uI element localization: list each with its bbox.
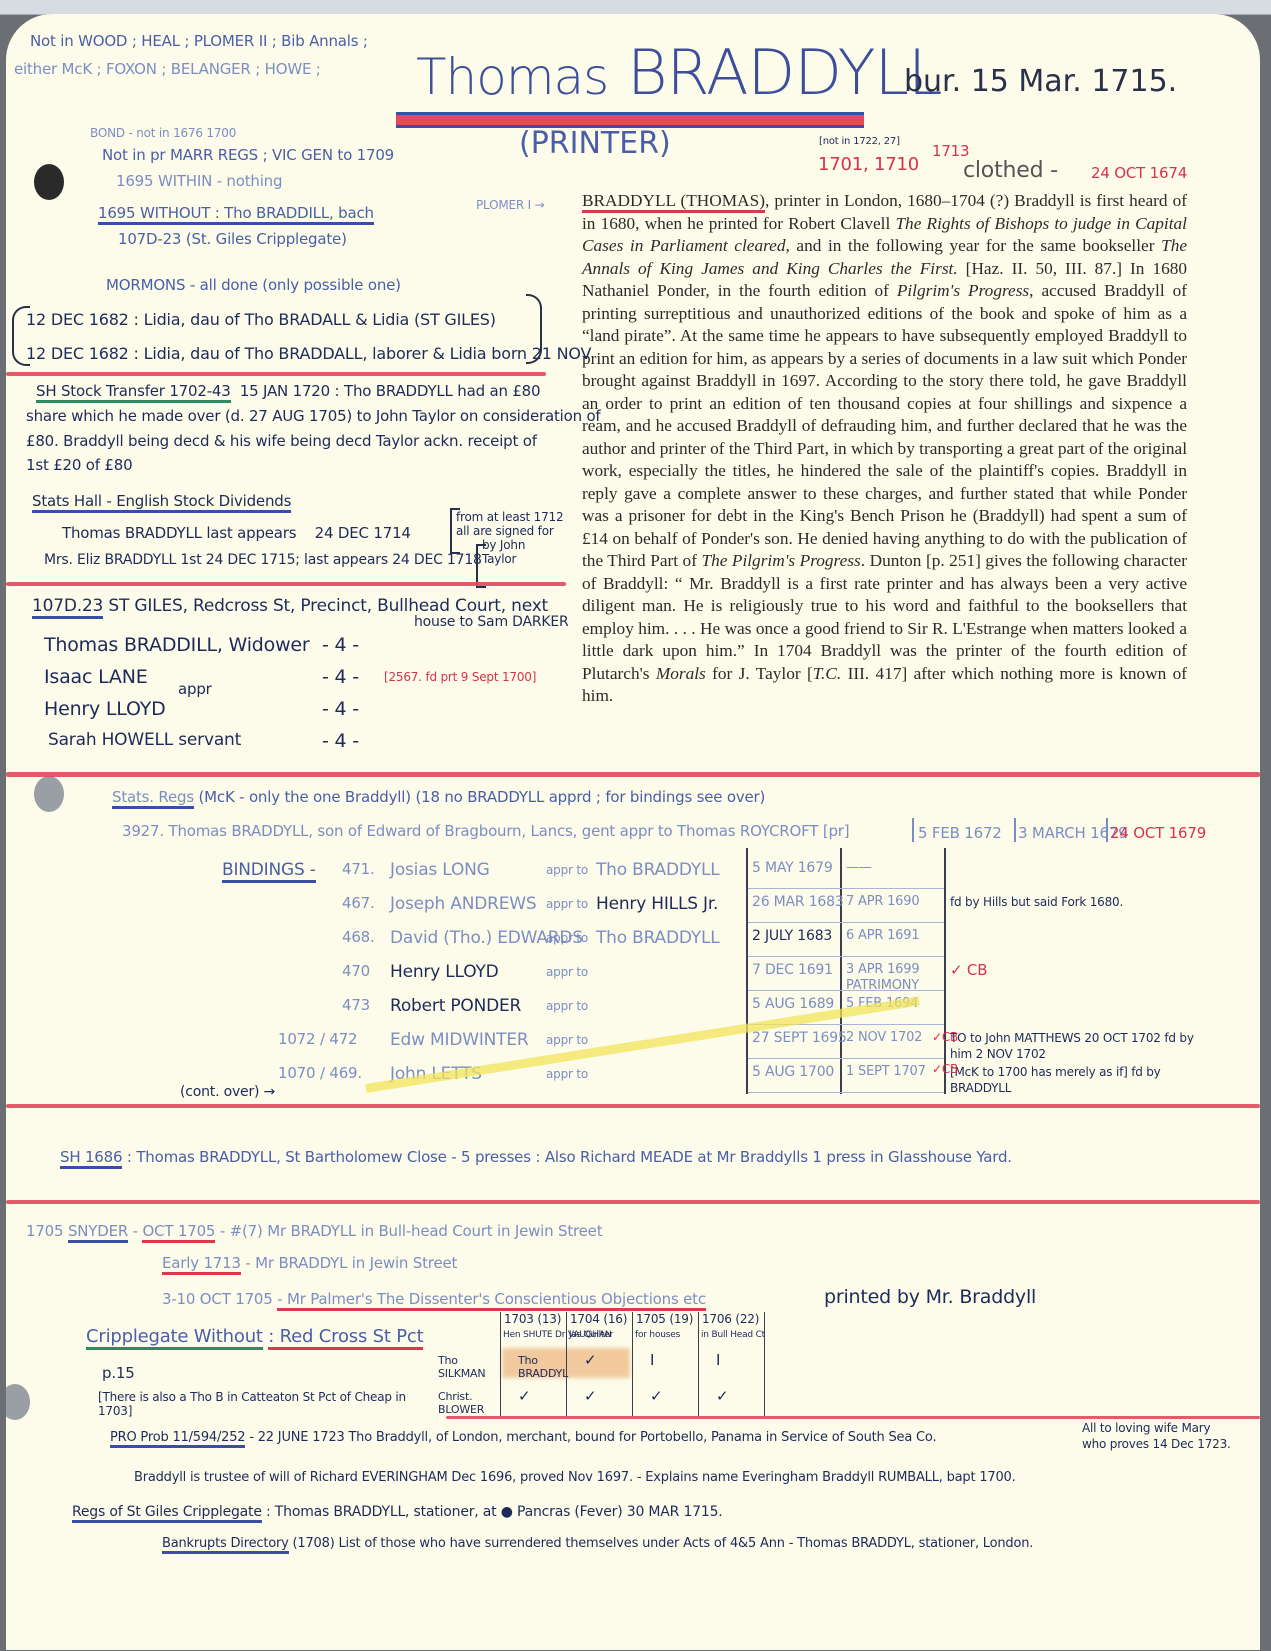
- lane-note: [2567. fd prt 9 Sept 1700]: [384, 670, 536, 684]
- entry-title: Morals: [656, 664, 706, 683]
- mormon-entry: 12 DEC 1682 : Lidia, dau of Tho BRADALL …: [26, 310, 496, 329]
- snyder-year: 1705: [26, 1222, 63, 1240]
- binding-apprentice: Robert PONDER: [390, 996, 521, 1016]
- table-divider: [944, 848, 946, 1094]
- binding-appr-label: appr to: [546, 999, 588, 1013]
- tax-column-subhead: in Bull Head Ct: [701, 1330, 765, 1340]
- binding-note: fd by Hills but said Fork 1680.: [950, 894, 1198, 910]
- bond-note: BOND - not in 1676 1700: [90, 126, 236, 140]
- binding-bound-date: 7 DEC 1691: [752, 962, 833, 978]
- marr-regs-note: Not in pr MARR REGS ; VIC GEN to 1709: [102, 146, 394, 164]
- title-surname: BRADDYLL: [627, 36, 942, 109]
- appr-label: appr: [178, 680, 212, 698]
- tax-row-label: Tho SILKMAN: [438, 1354, 498, 1380]
- title-first-name: Thomas: [416, 48, 608, 106]
- apprenticeship-clothed: 24 OCT 1679: [1110, 824, 1206, 842]
- binding-number: 467.: [342, 894, 375, 912]
- tax-cell: I: [716, 1354, 766, 1367]
- stock-transfer-text: share which he made over (d. 27 AUG 1705…: [26, 407, 601, 425]
- census-text2: house to Sam DARKER: [414, 614, 569, 630]
- binding-bound-date: 26 MAR 1683: [752, 894, 844, 910]
- tax-column-header: 1704 (16): [570, 1312, 627, 1326]
- stats-regs-note: (McK - only the one Braddyll) (18 no BRA…: [199, 788, 766, 806]
- row-rule: [748, 922, 944, 923]
- cb-mark: ✓CB: [932, 1030, 958, 1044]
- binding-number: 1072 / 472: [278, 1030, 357, 1048]
- tax-row-label: Christ. BLOWER: [438, 1390, 498, 1416]
- binding-master: Tho BRADDYLL: [596, 860, 720, 880]
- row-rule: [748, 1092, 944, 1093]
- plomer-ref: PLOMER I →: [476, 198, 544, 212]
- snyder-text: - Mr Palmer's The Dissenter's Conscienti…: [277, 1290, 706, 1311]
- section-divider: [446, 1416, 1260, 1419]
- household-count: - 4 -: [322, 634, 359, 656]
- entry-text: , and in the following year for the same…: [785, 236, 1161, 255]
- binding-master: Henry HILLS Jr.: [596, 894, 718, 914]
- cont-over-note: (cont. over) →: [180, 1084, 275, 1100]
- pro-text: - 22 JUNE 1723 Tho Braddyll, of London, …: [249, 1430, 936, 1445]
- punch-hole-icon: [6, 1384, 30, 1420]
- snyder-date: 3-10 OCT 1705: [162, 1290, 273, 1308]
- tax-cell: Tho BRADDYL: [518, 1354, 568, 1380]
- binding-appr-label: appr to: [546, 965, 588, 979]
- tax-cell: ✓: [584, 1390, 634, 1403]
- entry-title: The Pilgrim's Progress: [701, 551, 860, 570]
- tax-cell: ✓: [584, 1354, 634, 1367]
- binding-appr-label: appr to: [546, 931, 588, 945]
- section-divider: [6, 582, 566, 586]
- tax-cell: ✓: [650, 1390, 700, 1403]
- row-rule: [748, 956, 944, 957]
- stock-transfer-text: £80. Braddyll being decd & his wife bein…: [26, 432, 537, 450]
- stock-transfer-label: SH Stock Transfer 1702-43: [36, 382, 231, 403]
- binding-freed-date: 2 NOV 1702: [846, 1030, 942, 1046]
- apprenticeship-bound: 5 FEB 1672: [918, 824, 1002, 842]
- section-divider: [6, 372, 546, 376]
- section-divider: [6, 1104, 1260, 1108]
- scanner-edge: [0, 0, 1271, 15]
- entry-title: Pilgrim's Progress: [897, 281, 1029, 300]
- dividends-note-line: all are signed for: [456, 524, 566, 538]
- page-title: Thomas BRADDYLL: [416, 36, 942, 109]
- binding-number: 1070 / 469.: [278, 1064, 362, 1082]
- snyder-text: - #(7) Mr BRADYLL in Bull-head Court in …: [220, 1222, 603, 1240]
- cb-mark: ✓CB: [932, 1062, 958, 1076]
- stock-transfer-text: 1st £20 of £80: [26, 456, 132, 474]
- index-card: Not in WOOD ; HEAL ; PLOMER II ; Bib Ann…: [6, 14, 1260, 1650]
- census-ref: 107D.23: [32, 596, 103, 619]
- binding-bound-date: 27 SEPT 1695: [752, 1030, 847, 1046]
- not-in-sources-line2: either McK ; FOXON ; BELANGER ; HOWE ;: [14, 60, 321, 78]
- household-count: - 4 -: [322, 730, 359, 752]
- tax-column-subhead: Jas Quilter: [569, 1330, 613, 1340]
- apprenticeship-text: 3927. Thomas BRADDYLL, son of Edward of …: [122, 822, 849, 840]
- table-divider: [912, 818, 914, 842]
- cripplegate-note: [There is also a Tho B in Catteaton St P…: [98, 1390, 428, 1418]
- pro-side-note: who proves 14 Dec 1723.: [1082, 1436, 1231, 1452]
- cripplegate-precinct: : Red Cross St Pct: [268, 1326, 423, 1350]
- household-count: - 4 -: [322, 698, 359, 720]
- binding-appr-label: appr to: [546, 863, 588, 877]
- census-text: ST GILES, Redcross St, Precinct, Bullhea…: [108, 596, 548, 616]
- stock-transfer-text: 15 JAN 1720 : Tho BRADDYLL had an £80: [240, 382, 541, 400]
- row-rule: [748, 888, 944, 889]
- binding-apprentice: Joseph ANDREWS: [390, 894, 537, 914]
- snyder-date: OCT 1705: [142, 1222, 215, 1243]
- entry-title: T.C.: [813, 664, 842, 683]
- tax-cell: ✓: [518, 1390, 568, 1403]
- dividend-entry: Mrs. Eliz BRADDYLL 1st 24 DEC 1715; last…: [44, 552, 388, 568]
- burial-date: bur. 15 Mar. 1715.: [904, 64, 1177, 99]
- plomer-dictionary-entry: BRADDYLL (THOMAS), printer in London, 16…: [582, 190, 1187, 708]
- dividends-note-line: from at least 1712: [456, 510, 566, 524]
- binding-note: ✓ CB: [950, 962, 1198, 978]
- bankrupts-text: (1708) List of those who have surrendere…: [293, 1536, 1034, 1551]
- page-ref: p.15: [102, 1364, 135, 1382]
- sh-1686-label: SH 1686: [60, 1148, 122, 1169]
- dividends-note-line: by John: [456, 538, 566, 552]
- punch-hole-icon: [34, 164, 64, 200]
- row-rule: [748, 1058, 944, 1059]
- binding-appr-label: appr to: [546, 897, 588, 911]
- tax-column-header: 1706 (22): [702, 1312, 759, 1326]
- st-giles-regs-label: Regs of St Giles Cripplegate: [72, 1504, 262, 1523]
- binding-number: 468.: [342, 928, 375, 946]
- household-member: Isaac LANE: [44, 666, 148, 688]
- table-divider: [500, 1312, 501, 1416]
- pro-label: PRO Prob 11/594/252: [110, 1430, 245, 1448]
- dividend-date: 24 DEC 1714: [315, 524, 411, 542]
- entry-text: , accused Braddyll of printing surreptit…: [582, 281, 1187, 570]
- binding-freed-date: 7 APR 1690: [846, 894, 942, 910]
- binding-bound-date: 5 AUG 1700: [752, 1064, 834, 1080]
- tax-column-subhead: for houses: [635, 1330, 680, 1340]
- binding-appr-label: appr to: [546, 1033, 588, 1047]
- not-in-sources-line1: Not in WOOD ; HEAL ; PLOMER II ; Bib Ann…: [30, 32, 368, 50]
- tax-cell: I: [650, 1354, 700, 1367]
- within-1695-note: 1695 WITHIN - nothing: [116, 172, 282, 190]
- section-divider: [6, 1200, 1260, 1204]
- binding-master: Tho BRADDYLL: [596, 928, 720, 948]
- dividend-entry: Thomas BRADDYLL last appears: [62, 524, 296, 542]
- tax-column-header: 1703 (13): [504, 1312, 561, 1326]
- right-brace: [526, 294, 542, 364]
- household-member: Thomas BRADDILL, Widower: [44, 634, 310, 656]
- cripplegate-label: Cripplegate Without: [86, 1326, 263, 1350]
- mormon-entry: 12 DEC 1682 : Lidia, dau of Tho BRADDALL…: [26, 344, 591, 363]
- binding-bound-date: 2 JULY 1683: [752, 928, 832, 944]
- snyder-date: Early 1713: [162, 1254, 241, 1275]
- without-1695-note: 1695 WITHOUT : Tho BRADDILL, bach: [98, 204, 374, 225]
- entry-text: for J. Taylor [: [706, 664, 813, 683]
- trustee-note: Braddyll is trustee of will of Richard E…: [134, 1470, 1016, 1485]
- dividends-note-line: Taylor: [456, 552, 566, 566]
- printed-by-note: printed by Mr. Braddyll: [824, 1286, 1036, 1308]
- stats-hall-label: Stats Hall - English Stock Dividends: [32, 492, 291, 513]
- row-rule: [748, 990, 944, 991]
- sh-1686-text: : Thomas BRADDYLL, St Bartholomew Close …: [127, 1148, 1012, 1166]
- clothed-label: clothed -: [963, 158, 1058, 183]
- binding-number: 473: [342, 996, 370, 1014]
- punch-hole-icon: [34, 776, 64, 812]
- section-divider: [6, 772, 1260, 777]
- binding-note: [McK to 1700 has merely as if] fd by BRA…: [950, 1064, 1198, 1096]
- binding-apprentice: Josias LONG: [390, 860, 490, 880]
- years-red: 1701, 1710: [818, 154, 919, 175]
- binding-number: 470: [342, 962, 370, 980]
- bankrupts-label: Bankrupts Directory: [162, 1536, 289, 1554]
- entry-heading: BRADDYLL (THOMAS): [582, 191, 765, 213]
- binding-freed-date: ——: [846, 860, 942, 876]
- binding-freed-date: 6 APR 1691: [846, 928, 942, 944]
- snyder-text: - Mr BRADDYL in Jewin Street: [245, 1254, 457, 1272]
- binding-appr-label: appr to: [546, 1067, 588, 1081]
- pro-side-note: All to loving wife Mary: [1082, 1420, 1231, 1436]
- tax-column-header: 1705 (19): [636, 1312, 693, 1326]
- binding-note: TO to John MATTHEWS 20 OCT 1702 fd by hi…: [950, 1030, 1198, 1062]
- bindings-label: BINDINGS -: [222, 860, 316, 883]
- household-member: Henry LLOYD: [44, 698, 166, 720]
- table-divider: [1014, 818, 1016, 842]
- not-in-note: [not in 1722, 27]: [819, 136, 900, 147]
- binding-bound-date: 5 MAY 1679: [752, 860, 833, 876]
- clothed-date: 24 OCT 1674: [1091, 164, 1187, 182]
- binding-number: 471.: [342, 860, 375, 878]
- table-divider: [1106, 818, 1108, 842]
- occupation-label: (PRINTER): [519, 126, 671, 161]
- household-member: Sarah HOWELL servant: [48, 730, 241, 750]
- binding-apprentice: Edw MIDWINTER: [390, 1030, 529, 1050]
- stats-regs-label: Stats. Regs: [112, 788, 194, 809]
- mormons-note: MORMONS - all done (only possible one): [106, 276, 401, 294]
- snyder-label: SNYDER: [68, 1222, 128, 1243]
- binding-freed-date: 1 SEPT 1707: [846, 1064, 942, 1080]
- household-count: - 4 -: [322, 666, 359, 688]
- binding-apprentice: Henry LLOYD: [390, 962, 499, 982]
- tax-cell: ✓: [716, 1390, 766, 1403]
- st-giles-regs-text: : Thomas BRADDYLL, stationer, at ● Pancr…: [266, 1504, 723, 1520]
- binding-bound-date: 5 AUG 1689: [752, 996, 834, 1012]
- without-1695-ref: 107D-23 (St. Giles Cripplegate): [118, 230, 347, 248]
